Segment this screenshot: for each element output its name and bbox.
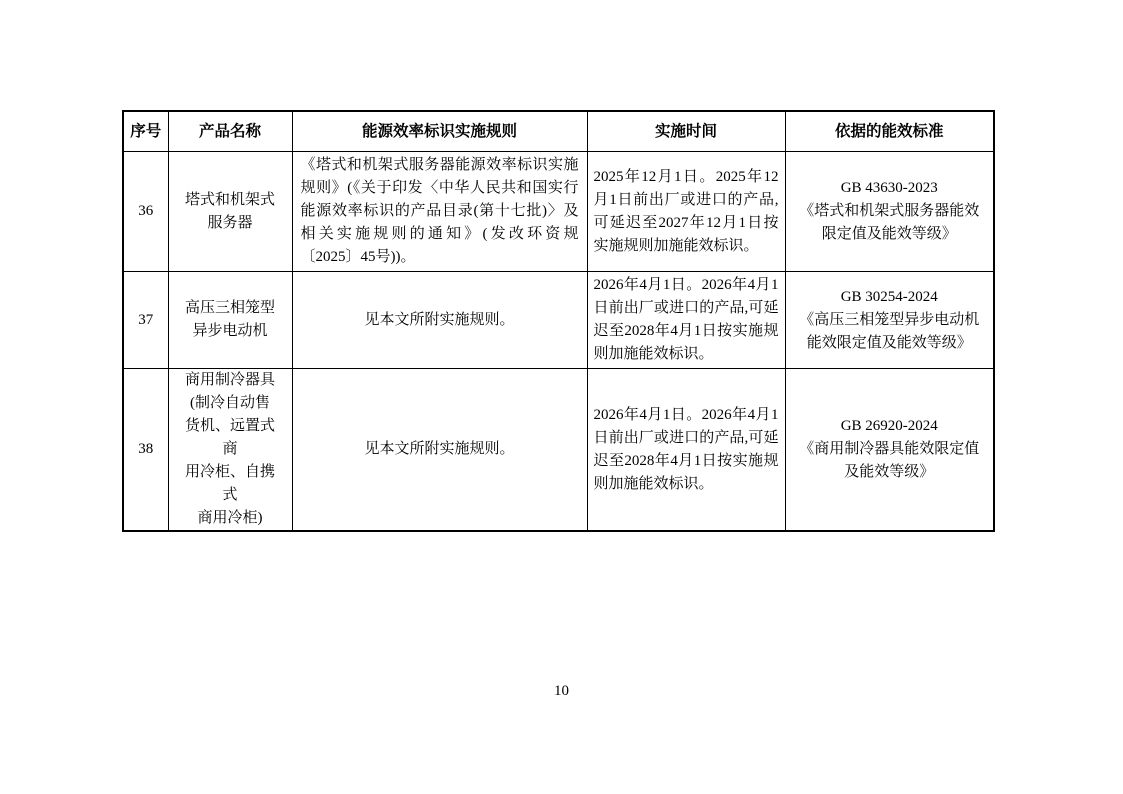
col-header-index: 序号 — [123, 111, 168, 152]
cell-energy-standard: GB 43630-2023 《塔式和机架式服务器能效 限定值及能效等级》 — [785, 152, 994, 272]
cell-index: 37 — [123, 272, 168, 369]
cell-energy-standard: GB 30254-2024 《高压三相笼型异步电动机 能效限定值及能效等级》 — [785, 272, 994, 369]
table-header-row: 序号 产品名称 能源效率标识实施规则 实施时间 依据的能效标准 — [123, 111, 994, 152]
standard-code: GB 30254-2024 — [792, 286, 988, 309]
table-row: 37 高压三相笼型 异步电动机 见本文所附实施规则。 2026年4月1日。202… — [123, 272, 994, 369]
table-row: 36 塔式和机架式 服务器 《塔式和机架式服务器能源效率标识实施规则》(《关于印… — [123, 152, 994, 272]
cell-implementation-time: 2025年12月1日。2025年12月1日前出厂或进口的产品,可延迟至2027年… — [587, 152, 785, 272]
col-header-rule: 能源效率标识实施规则 — [292, 111, 587, 152]
col-header-standard: 依据的能效标准 — [785, 111, 994, 152]
cell-index: 38 — [123, 369, 168, 532]
cell-implementation-time: 2026年4月1日。2026年4月1日前出厂或进口的产品,可延迟至2028年4月… — [587, 272, 785, 369]
standard-code: GB 43630-2023 — [792, 177, 988, 200]
col-header-product: 产品名称 — [168, 111, 292, 152]
cell-implementation-rule: 见本文所附实施规则。 — [292, 369, 587, 532]
products-table: 序号 产品名称 能源效率标识实施规则 实施时间 依据的能效标准 36 塔式和机架… — [122, 110, 995, 532]
standard-name: 《高压三相笼型异步电动机 能效限定值及能效等级》 — [792, 309, 988, 355]
table-row: 38 商用制冷器具 (制冷自动售 货机、远置式商 用冷柜、自携式 商用冷柜) 见… — [123, 369, 994, 532]
cell-product-name: 高压三相笼型 异步电动机 — [168, 272, 292, 369]
col-header-time: 实施时间 — [587, 111, 785, 152]
cell-implementation-rule: 《塔式和机架式服务器能源效率标识实施规则》(《关于印发〈中华人民共和国实行能源效… — [292, 152, 587, 272]
standard-name: 《商用制冷器具能效限定值 及能效等级》 — [792, 438, 988, 484]
standard-name: 《塔式和机架式服务器能效 限定值及能效等级》 — [792, 200, 988, 246]
page-number: 10 — [0, 681, 1123, 701]
cell-implementation-time: 2026年4月1日。2026年4月1日前出厂或进口的产品,可延迟至2028年4月… — [587, 369, 785, 532]
document-page: 序号 产品名称 能源效率标识实施规则 实施时间 依据的能效标准 36 塔式和机架… — [0, 0, 1123, 794]
cell-product-name: 商用制冷器具 (制冷自动售 货机、远置式商 用冷柜、自携式 商用冷柜) — [168, 369, 292, 532]
standard-code: GB 26920-2024 — [792, 415, 988, 438]
cell-product-name: 塔式和机架式 服务器 — [168, 152, 292, 272]
cell-energy-standard: GB 26920-2024 《商用制冷器具能效限定值 及能效等级》 — [785, 369, 994, 532]
cell-index: 36 — [123, 152, 168, 272]
cell-implementation-rule: 见本文所附实施规则。 — [292, 272, 587, 369]
